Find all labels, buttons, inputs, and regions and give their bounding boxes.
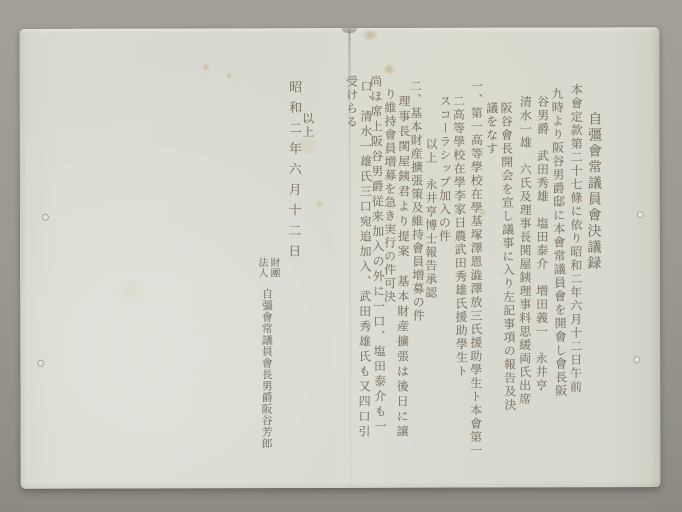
body-text-column: 受けらる xyxy=(344,75,359,129)
attendee-names-column: 清水一雄 六氏及理事長関屋銕理事料思緩両氏出席 xyxy=(517,95,533,406)
stain xyxy=(115,279,145,303)
body-text-column: 阪谷會長開会を宣し議事に入り左記事項の報告及決 xyxy=(498,101,517,412)
organization-prefix: 法人 xyxy=(254,257,269,278)
punch-hole xyxy=(42,214,49,221)
punch-hole xyxy=(37,360,44,367)
body-text-column: 口、清水一雄氏三口宛追加入、武田秀雄氏も又四口引 xyxy=(356,80,373,440)
agenda-item-column: スコーラシップ加入の件 xyxy=(436,95,452,244)
signature-column: 自彊會常議員會長男爵阪谷芳郎 xyxy=(259,288,274,449)
document-title: 自彊會常議員會決議録 xyxy=(584,111,602,271)
left-page: 以上 昭和二年六月十二日 財團 法人 自彊會常議員會長男爵阪谷芳郎 xyxy=(19,27,659,29)
body-text-column: 九時より阪谷男爵邸に本會常議員會を開會し會長阪 xyxy=(549,87,568,398)
agenda-item-column: 二高等學校在學李家日農武田秀雄氏援助學生ト xyxy=(450,95,469,379)
closing-label: 以上 xyxy=(299,112,314,139)
body-text-column: 議をなす xyxy=(483,102,498,156)
stain xyxy=(359,30,381,40)
agenda-item-column: 一、第一高等學校在學基塚澤恩澁澤放三氏援助學生ト本會第一 xyxy=(468,80,484,458)
body-text-column: 本會定款第二十七條に依り昭和二年六月十二日午前 xyxy=(568,83,584,394)
punch-hole xyxy=(637,211,644,218)
right-page: 自彊會常議員會決議録 本會定款第二十七條に依り昭和二年六月十二日午前 九時より阪… xyxy=(19,27,659,29)
punch-hole xyxy=(633,356,640,363)
attendee-names-column: 谷男爵 武田秀雄 塩田泰介 増田義一 永井亨 xyxy=(533,95,550,392)
stain xyxy=(201,62,210,71)
screenshot-root: { "photo": { "backdrop_color": "#9b988f"… xyxy=(0,0,682,512)
date-column: 昭和二年六月十二日 xyxy=(285,80,301,265)
body-text-column: 以上 永井亨博士報告承認 xyxy=(423,138,438,300)
stain xyxy=(382,64,395,75)
stain xyxy=(226,72,233,79)
stain xyxy=(315,200,324,209)
document-sheet: 自彊會常議員會決議録 本會定款第二十七條に依り昭和二年六月十二日午前 九時より阪… xyxy=(19,27,660,489)
fold-notch xyxy=(341,27,357,33)
